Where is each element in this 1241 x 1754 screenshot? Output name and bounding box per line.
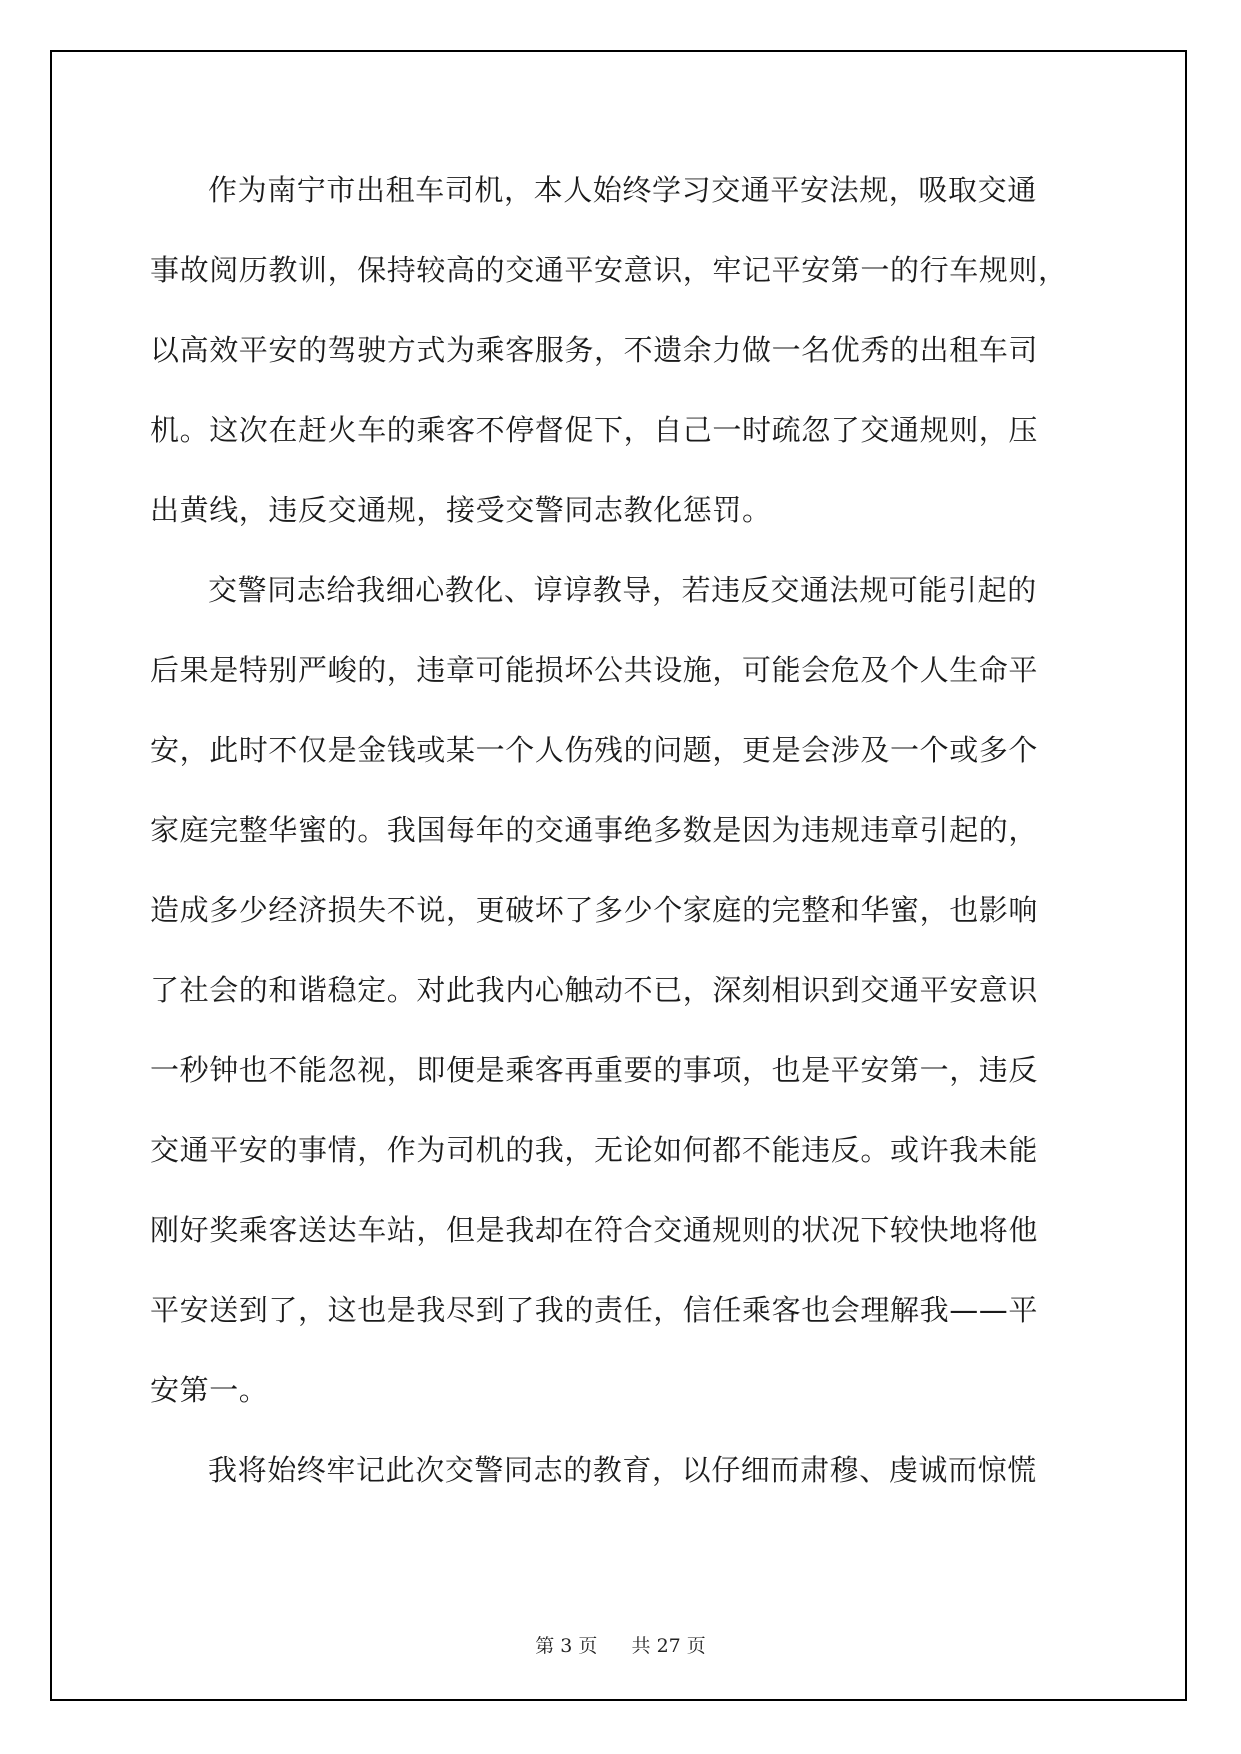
paragraph-line: 后果是特别严峻的，违章可能损坏公共设施，可能会危及个人生命平 (150, 648, 1090, 728)
current-page-number: 3 (560, 1635, 572, 1657)
paragraph-line: 作为南宁市出租车司机，本人始终学习交通平安法规，吸取交通 (150, 168, 1090, 248)
paragraph-line: 交警同志给我细心教化、谆谆教导，若违反交通法规可能引起的 (150, 568, 1090, 648)
paragraph-2: 交警同志给我细心教化、谆谆教导，若违反交通法规可能引起的 后果是特别严峻的，违章… (150, 568, 1090, 1448)
total-page-count: 27 (657, 1635, 681, 1657)
total-label-prefix: 共 (632, 1631, 651, 1658)
paragraph-line: 一秒钟也不能忽视，即便是乘客再重要的事项，也是平安第一，违反 (150, 1048, 1090, 1128)
paragraph-line: 出黄线，违反交通规，接受交警同志教化惩罚。 (150, 488, 1090, 568)
paragraph-line: 我将始终牢记此次交警同志的教育，以仔细而肃穆、虔诚而惊慌 (150, 1448, 1090, 1528)
paragraph-line: 平安送到了，这也是我尽到了我的责任，信任乘客也会理解我——平 (150, 1288, 1090, 1368)
page-label-prefix: 第 (535, 1631, 554, 1658)
paragraph-line: 安第一。 (150, 1368, 1090, 1448)
total-label-suffix: 页 (687, 1631, 706, 1658)
page-number-footer: 第 3 页 共 27 页 (0, 1631, 1241, 1658)
paragraph-line: 家庭完整华蜜的。我国每年的交通事绝多数是因为违规违章引起的， (150, 808, 1090, 888)
paragraph-line: 了社会的和谐稳定。对此我内心触动不已，深刻相识到交通平安意识 (150, 968, 1090, 1048)
paragraph-line: 以高效平安的驾驶方式为乘客服务，不遗余力做一名优秀的出租车司 (150, 328, 1090, 408)
paragraph-line: 事故阅历教训，保持较高的交通平安意识，牢记平安第一的行车规则， (150, 248, 1090, 328)
paragraph-line: 刚好奖乘客送达车站，但是我却在符合交通规则的状况下较快地将他 (150, 1208, 1090, 1288)
paragraph-line: 机。这次在赶火车的乘客不停督促下，自己一时疏忽了交通规则，压 (150, 408, 1090, 488)
document-body: 作为南宁市出租车司机，本人始终学习交通平安法规，吸取交通 事故阅历教训，保持较高… (150, 168, 1090, 1528)
paragraph-line: 安，此时不仅是金钱或某一个人伤残的问题，更是会涉及一个或多个 (150, 728, 1090, 808)
paragraph-1: 作为南宁市出租车司机，本人始终学习交通平安法规，吸取交通 事故阅历教训，保持较高… (150, 168, 1090, 568)
page-label-suffix: 页 (578, 1631, 597, 1658)
paragraph-3: 我将始终牢记此次交警同志的教育，以仔细而肃穆、虔诚而惊慌 (150, 1448, 1090, 1528)
paragraph-line: 交通平安的事情，作为司机的我，无论如何都不能违反。或许我未能 (150, 1128, 1090, 1208)
paragraph-line: 造成多少经济损失不说，更破坏了多少个家庭的完整和华蜜，也影响 (150, 888, 1090, 968)
